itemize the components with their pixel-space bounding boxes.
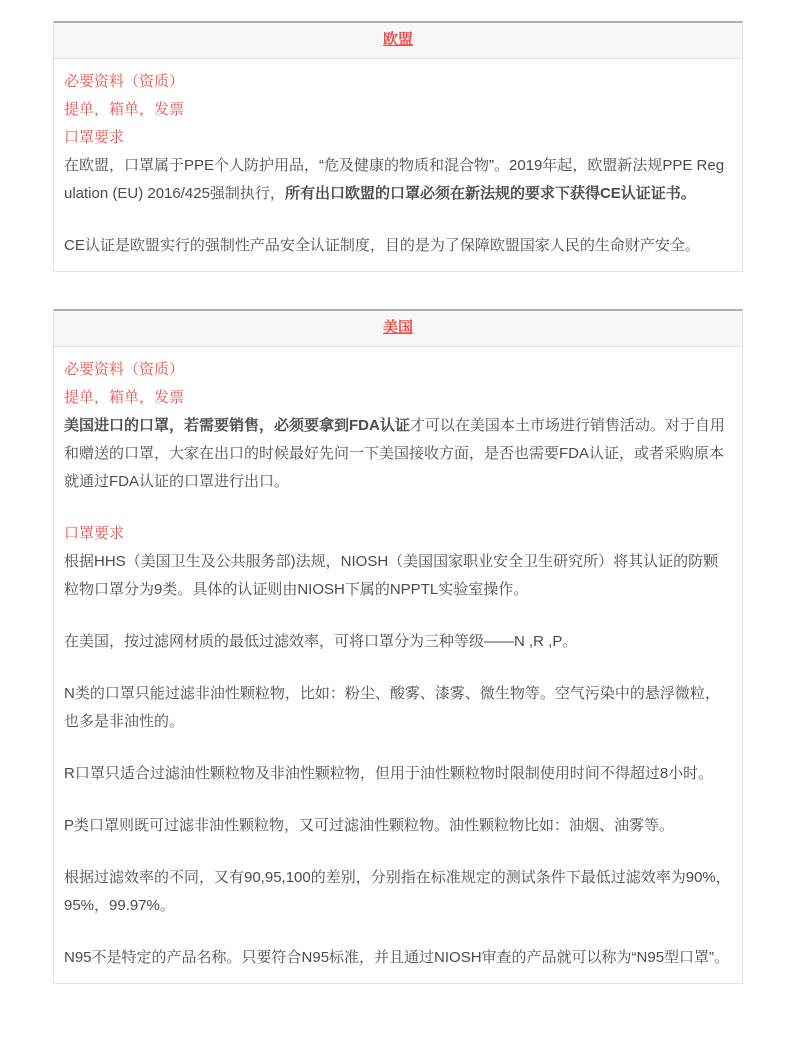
article: 欧盟必要资料（资质）提单，箱单，发票口罩要求在欧盟，口罩属于PPE个人防护用品，…	[53, 21, 743, 984]
text-run: CE认证是欧盟实行的强制性产品安全认证制度，目的是为了保障欧盟国家人民的生命财产…	[64, 237, 700, 254]
text-run: N95不是特定的产品名称。只要符合N95标准，并且通过NIOSH审查的产品就可以…	[64, 949, 729, 966]
section-us: 美国必要资料（资质）提单，箱单，发票美国进口的口罩，若需要销售，必须要拿到FDA…	[53, 309, 743, 984]
text-run: R口罩只适合过滤油性颗粒物及非油性颗粒物，但用于油性颗粒物时限制使用时间不得超过…	[64, 765, 713, 782]
red-heading: 必要资料（资质）	[64, 68, 732, 96]
section-title-link-us[interactable]: 美国	[383, 319, 413, 336]
text-run: 根据HHS（美国卫生及公共服务部)法规，NIOSH（美国国家职业安全卫生研究所）…	[64, 553, 718, 598]
red-heading: 口罩要求	[64, 124, 732, 152]
bold-run: 所有出口欧盟的口罩必须在新法规的要求下获得CE认证证书。	[285, 185, 696, 202]
red-heading: 提单，箱单，发票	[64, 96, 732, 124]
bold-run: 美国进口的口罩，若需要销售，必须要拿到FDA认证	[64, 417, 410, 434]
section-title-link-eu[interactable]: 欧盟	[383, 31, 413, 48]
paragraph: P类口罩则既可过滤非油性颗粒物，又可过滤油性颗粒物。油性颗粒物比如：油烟、油雾等…	[64, 812, 732, 840]
paragraph: R口罩只适合过滤油性颗粒物及非油性颗粒物，但用于油性颗粒物时限制使用时间不得超过…	[64, 760, 732, 788]
section-eu: 欧盟必要资料（资质）提单，箱单，发票口罩要求在欧盟，口罩属于PPE个人防护用品，…	[53, 21, 743, 272]
section-body-eu: 必要资料（资质）提单，箱单，发票口罩要求在欧盟，口罩属于PPE个人防护用品，“危…	[54, 59, 742, 271]
section-header-us: 美国	[54, 311, 742, 347]
section-body-us: 必要资料（资质）提单，箱单，发票美国进口的口罩，若需要销售，必须要拿到FDA认证…	[54, 347, 742, 983]
text-run: 在美国，按过滤网材质的最低过滤效率，可将口罩分为三种等级——N ,R ,P。	[64, 633, 577, 650]
paragraph: 在欧盟，口罩属于PPE个人防护用品，“危及健康的物质和混合物”。2019年起，欧…	[64, 152, 732, 208]
text-run: N类的口罩只能过滤非油性颗粒物，比如：粉尘、酸雾、漆雾、微生物等。空气污染中的悬…	[64, 685, 720, 730]
paragraph: 美国进口的口罩，若需要销售，必须要拿到FDA认证才可以在美国本土市场进行销售活动…	[64, 412, 732, 496]
red-heading: 必要资料（资质）	[64, 356, 732, 384]
paragraph: N类的口罩只能过滤非油性颗粒物，比如：粉尘、酸雾、漆雾、微生物等。空气污染中的悬…	[64, 680, 732, 736]
section-header-eu: 欧盟	[54, 23, 742, 59]
text-run: 根据过滤效率的不同，又有90,95,100的差别，分别指在标准规定的测试条件下最…	[64, 869, 731, 914]
text-run: P类口罩则既可过滤非油性颗粒物，又可过滤油性颗粒物。油性颗粒物比如：油烟、油雾等…	[64, 817, 674, 834]
paragraph: 根据过滤效率的不同，又有90,95,100的差别，分别指在标准规定的测试条件下最…	[64, 864, 732, 920]
paragraph: N95不是特定的产品名称。只要符合N95标准，并且通过NIOSH审查的产品就可以…	[64, 944, 732, 972]
red-heading: 口罩要求	[64, 520, 732, 548]
paragraph: CE认证是欧盟实行的强制性产品安全认证制度，目的是为了保障欧盟国家人民的生命财产…	[64, 232, 732, 260]
paragraph: 根据HHS（美国卫生及公共服务部)法规，NIOSH（美国国家职业安全卫生研究所）…	[64, 548, 732, 604]
red-heading: 提单，箱单，发票	[64, 384, 732, 412]
paragraph: 在美国，按过滤网材质的最低过滤效率，可将口罩分为三种等级——N ,R ,P。	[64, 628, 732, 656]
